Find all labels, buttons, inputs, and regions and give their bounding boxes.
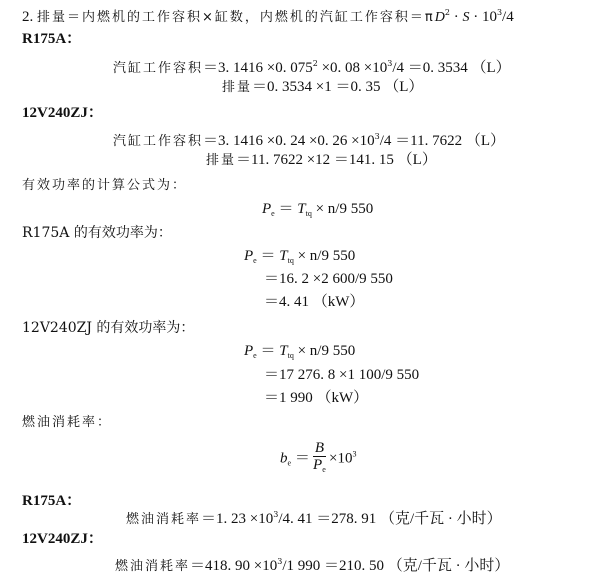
rest: × n/9 550 <box>294 343 355 359</box>
r175a-label-2: R175A： <box>22 492 81 510</box>
r175a-displacement-line: 排量＝0. 3534 ×1 ＝0. 35 （L） <box>222 78 423 97</box>
expr: ×0. 08 ×10 <box>318 60 387 76</box>
expr: ＝11. 7622 ×12 ＝141. 15 （L） <box>236 152 437 168</box>
var-p: P <box>244 343 253 359</box>
sub: e <box>322 465 326 474</box>
expr: /4 ＝0. 3534 （L） <box>392 60 510 76</box>
power-title: 有效功率的计算公式为： <box>22 177 187 195</box>
var-t: T <box>297 201 305 217</box>
expr: /1 990 ＝210. 50 （克/千瓦 · 小时） <box>282 558 509 574</box>
var-p: P <box>262 201 271 217</box>
r175a-volume-line: 汽缸工作容积＝3. 1416 ×0. 0752 ×0. 08 ×103/4 ＝0… <box>113 55 511 78</box>
eq: ＝ <box>257 343 280 359</box>
expr: ＝3. 1416 ×0. 075 <box>203 60 313 76</box>
r175a-label: R175A： <box>22 30 81 48</box>
r175a-power-line2: ＝16. 2 ×2 600/9 550 <box>264 270 393 288</box>
r175a-fuel-line: 燃油消耗率＝1. 23 ×103/4. 41 ＝278. 91 （克/千瓦 · … <box>126 506 502 529</box>
v12-displacement-line: 排量＝11. 7622 ×12 ＝141. 15 （L） <box>206 151 437 170</box>
dot: · <box>450 9 463 25</box>
expr: ＝1. 23 ×10 <box>201 511 273 527</box>
fraction: BPe <box>313 440 326 478</box>
power-formula: Pe ＝ Ttq × n/9 550 <box>262 200 373 223</box>
var-d: D <box>435 10 445 25</box>
eq: ＝ <box>257 248 280 264</box>
expr: ＝0. 3534 ×1 ＝0. 35 （L） <box>252 79 423 95</box>
lhs: 燃油消耗率 <box>126 512 201 527</box>
v12-power-line3: ＝1 990 （kW） <box>264 389 368 407</box>
rest: ×10 <box>329 450 352 466</box>
var-t: T <box>279 343 287 359</box>
lhs: 排量 <box>206 153 236 168</box>
numerator: B <box>313 440 326 457</box>
ten: · 10 <box>469 9 497 25</box>
v12-label-2: 12V240ZJ： <box>22 530 103 548</box>
v12-label: 12V240ZJ： <box>22 104 103 122</box>
expr: /4. 41 ＝278. 91 （克/千瓦 · 小时） <box>278 511 501 527</box>
rest: × n/9 550 <box>312 201 373 217</box>
lhs: 排量 <box>222 80 252 95</box>
v12-power-line2: ＝17 276. 8 ×1 100/9 550 <box>264 366 419 384</box>
lhs: 燃油消耗率 <box>115 559 190 574</box>
expr: /4 ＝11. 7622 （L） <box>380 133 505 149</box>
var-p: P <box>313 457 322 473</box>
r175a-power-line1: Pe ＝ Ttq × n/9 550 <box>244 247 355 270</box>
eq: ＝ <box>291 450 310 466</box>
v12-volume-line: 汽缸工作容积＝3. 1416 ×0. 24 ×0. 26 ×103/4 ＝11.… <box>113 128 505 151</box>
item-number: 2. <box>22 9 37 25</box>
r175a-power-title: R175A 的有效功率为： <box>22 224 172 242</box>
intro-formula-line: 2. 排量＝内燃机的工作容积×缸数，内燃机的汽缸工作容积＝πD2 · S · 1… <box>22 4 514 27</box>
r175a-power-line3: ＝4. 41 （kW） <box>264 293 364 311</box>
var-p: P <box>244 248 253 264</box>
eq: ＝ <box>275 201 298 217</box>
lhs: 汽缸工作容积 <box>113 61 203 76</box>
v12-fuel-line: 燃油消耗率＝418. 90 ×103/1 990 ＝210. 50 （克/千瓦 … <box>115 553 509 576</box>
tail: /4 <box>502 9 514 25</box>
denominator: Pe <box>313 457 326 478</box>
intro-text: 排量＝内燃机的工作容积×缸数，内燃机的汽缸工作容积＝π <box>37 10 435 25</box>
lhs: 汽缸工作容积 <box>113 134 203 149</box>
rest: × n/9 550 <box>294 248 355 264</box>
fuel-title: 燃油消耗率： <box>22 414 112 432</box>
v12-power-title: 12V240ZJ 的有效功率为： <box>22 319 194 337</box>
fuel-formula: be ＝BPe×103 <box>280 440 356 478</box>
var-b: b <box>280 450 288 466</box>
exp: 3 <box>352 449 356 458</box>
expr: ＝418. 90 ×10 <box>190 558 277 574</box>
var-t: T <box>279 248 287 264</box>
expr: ＝3. 1416 ×0. 24 ×0. 26 ×10 <box>203 133 375 149</box>
v12-power-line1: Pe ＝ Ttq × n/9 550 <box>244 342 355 365</box>
